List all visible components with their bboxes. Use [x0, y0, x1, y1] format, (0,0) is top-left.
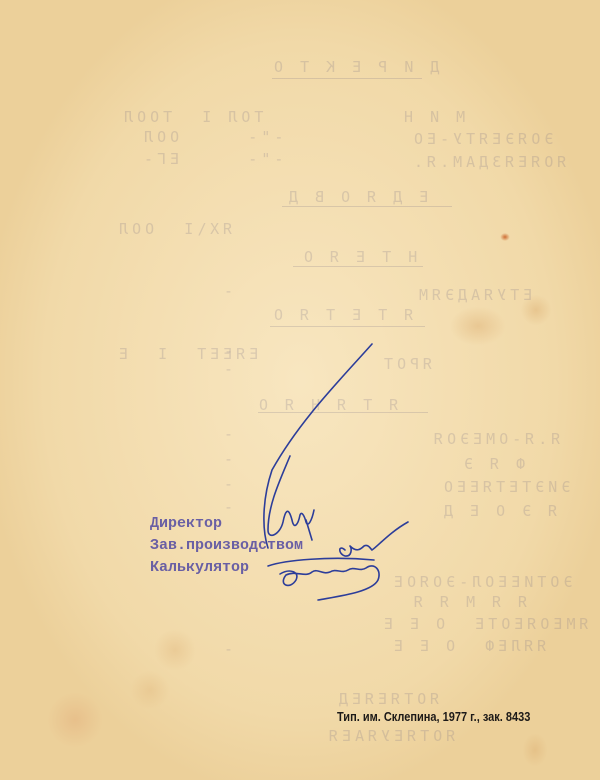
signature-stroke-long — [264, 344, 372, 548]
signature-director — [268, 456, 314, 540]
signatures — [0, 0, 600, 780]
document-page: Д И Р Е К Т О ТОЛ I ТООЛ -"- ООЛ -"- ЕГ-… — [0, 0, 600, 780]
signature-calculator — [268, 558, 379, 600]
printer-imprint: Тип. им. Склепина, 1977 г., зак. 8433 — [337, 710, 530, 724]
signature-production — [340, 522, 408, 556]
